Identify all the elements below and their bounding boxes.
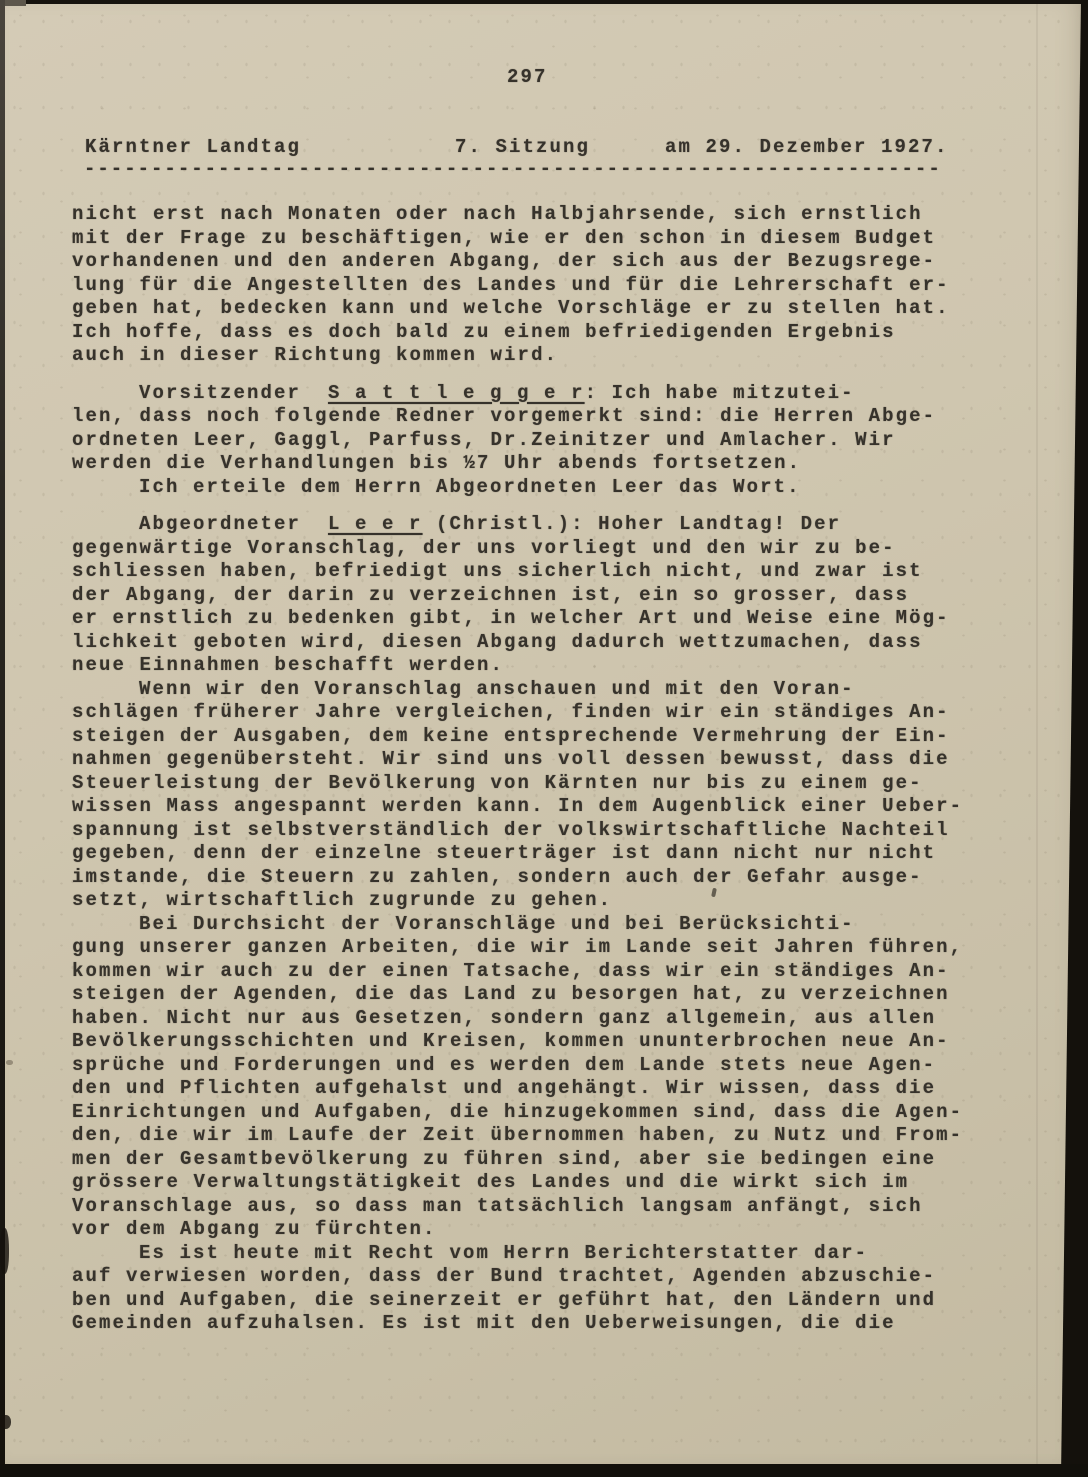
paragraph: Vorsitzender S a t t l e g g e r: Ich ha… <box>72 382 982 476</box>
text-line: Bevölkerungsschichten und Kreisen, komme… <box>72 1030 982 1054</box>
text-line: auf verwiesen worden, dass der Bund trac… <box>72 1265 982 1289</box>
header-institution: Kärntner Landtag <box>85 136 301 158</box>
text-line: den und Pflichten aufgehalst und angehän… <box>72 1077 982 1101</box>
text-line: len, dass noch folgende Redner vorgemerk… <box>72 405 982 429</box>
text-line: geben hat, bedecken kann und welche Vors… <box>72 297 982 321</box>
text-line: sprüche und Forderungen und es werden de… <box>72 1054 982 1078</box>
paper-crease <box>1036 0 1038 1477</box>
paragraph: Abgeordneter L e e r (Christl.): Hoher L… <box>72 513 982 678</box>
text-line: ordneten Leer, Gaggl, Parfuss, Dr.Zeinit… <box>72 429 982 453</box>
paragraph: Ich erteile dem Herrn Abgeordneten Leer … <box>72 476 982 500</box>
text-line: Gemeinden aufzuhalsen. Es ist mit den Ue… <box>72 1312 982 1336</box>
document-body: nicht erst nach Monaten oder nach Halbja… <box>72 203 982 1336</box>
text-line: vorhandenen und den anderen Abgang, der … <box>72 250 982 274</box>
scan-edge-top <box>26 0 1088 4</box>
text-line: schlägen früherer Jahre vergleichen, fin… <box>72 701 982 725</box>
text-line: lichkeit geboten wird, diesen Abgang dad… <box>72 631 982 655</box>
text-line: steigen der Agenden, die das Land zu bes… <box>72 983 982 1007</box>
text-line: Ich erteile dem Herrn Abgeordneten Leer … <box>72 476 982 500</box>
speaker-name-underlined: S a t t l e g g e r <box>328 382 585 404</box>
paragraph: Wenn wir den Voranschlag anschauen und m… <box>72 678 982 913</box>
text-line: Wenn wir den Voranschlag anschauen und m… <box>72 678 982 702</box>
text-line: Voranschlage aus, so dass man tatsächlic… <box>72 1195 982 1219</box>
text-line: gegeben, denn der einzelne steuerträger … <box>72 842 982 866</box>
text-line: schliessen haben, befriedigt uns sicherl… <box>72 560 982 584</box>
header-dashed-rule: ----------------------------------------… <box>84 158 942 180</box>
paragraph: Bei Durchsicht der Voranschläge und bei … <box>72 913 982 1242</box>
text-line: er ernstlich zu bedenken gibt, in welche… <box>72 607 982 631</box>
scan-edge-bottom <box>0 1464 1088 1477</box>
speaker-name-underlined: L e e r <box>328 513 423 535</box>
header-session-date: am 29. Dezember 1927. <box>665 136 949 158</box>
text-line: nicht erst nach Monaten oder nach Halbja… <box>72 203 982 227</box>
paragraph: Es ist heute mit Recht vom Herrn Bericht… <box>72 1242 982 1336</box>
page-number: 297 <box>507 66 548 88</box>
scan-edge-right <box>1058 0 1088 1477</box>
text-line: haben. Nicht nur aus Gesetzen, sondern g… <box>72 1007 982 1031</box>
scanned-document-page: 297 Kärntner Landtag 7. Sitzung am 29. D… <box>0 0 1088 1477</box>
text-segment: (Christl.): Hoher Landtag! Der <box>423 513 842 535</box>
text-line: vor dem Abgang zu fürchten. <box>72 1218 982 1242</box>
ink-smudge <box>0 1228 9 1274</box>
text-segment: : Ich habe mitzutei- <box>585 382 855 404</box>
text-segment: Abgeordneter <box>139 513 328 535</box>
text-line: gegenwärtige Voranschlag, der uns vorlie… <box>72 537 982 561</box>
text-line: setzt, wirtschaftlich zugrunde zu gehen. <box>72 889 982 913</box>
text-line: imstande, die Steuern zu zahlen, sondern… <box>72 866 982 890</box>
text-line: Steuerleistung der Bevölkerung von Kärnt… <box>72 772 982 796</box>
text-line: steigen der Ausgaben, dem keine entsprec… <box>72 725 982 749</box>
text-line: nahmen gegenübersteht. Wir sind uns voll… <box>72 748 982 772</box>
text-line: Einrichtungen und Aufgaben, die hinzugek… <box>72 1101 982 1125</box>
text-line: Vorsitzender S a t t l e g g e r: Ich ha… <box>72 382 982 406</box>
text-line: wissen Mass angespannt werden kann. In d… <box>72 795 982 819</box>
text-line: grössere Verwaltungstätigkeit des Landes… <box>72 1171 982 1195</box>
text-line: den, die wir im Laufe der Zeit übernomme… <box>72 1124 982 1148</box>
text-line: mit der Frage zu beschäftigen, wie er de… <box>72 227 982 251</box>
text-line: Ich hoffe, dass es doch bald zu einem be… <box>72 321 982 345</box>
ink-smudge <box>6 1060 13 1065</box>
text-segment: Vorsitzender <box>139 382 328 404</box>
text-line: gung unserer ganzen Arbeiten, die wir im… <box>72 936 982 960</box>
ink-smudge <box>0 1415 11 1429</box>
text-line: ben und Aufgaben, die seinerzeit er gefü… <box>72 1289 982 1313</box>
text-line: Bei Durchsicht der Voranschläge und bei … <box>72 913 982 937</box>
text-line: men der Gesamtbevölkerung zu führen sind… <box>72 1148 982 1172</box>
text-line: Es ist heute mit Recht vom Herrn Bericht… <box>72 1242 982 1266</box>
text-line: lung für die Angestellten des Landes und… <box>72 274 982 298</box>
text-line: neue Einnahmen beschafft werden. <box>72 654 982 678</box>
text-line: kommen wir auch zu der einen Tatsache, d… <box>72 960 982 984</box>
text-line: spannung ist selbstverständlich der volk… <box>72 819 982 843</box>
paragraph: nicht erst nach Monaten oder nach Halbja… <box>72 203 982 368</box>
text-line: Abgeordneter L e e r (Christl.): Hoher L… <box>72 513 982 537</box>
text-line: werden die Verhandlungen bis ½7 Uhr aben… <box>72 452 982 476</box>
header-session-number: 7. Sitzung <box>455 136 590 158</box>
text-line: auch in dieser Richtung kommen wird. <box>72 344 982 368</box>
text-line: der Abgang, der darin zu verzeichnen ist… <box>72 584 982 608</box>
